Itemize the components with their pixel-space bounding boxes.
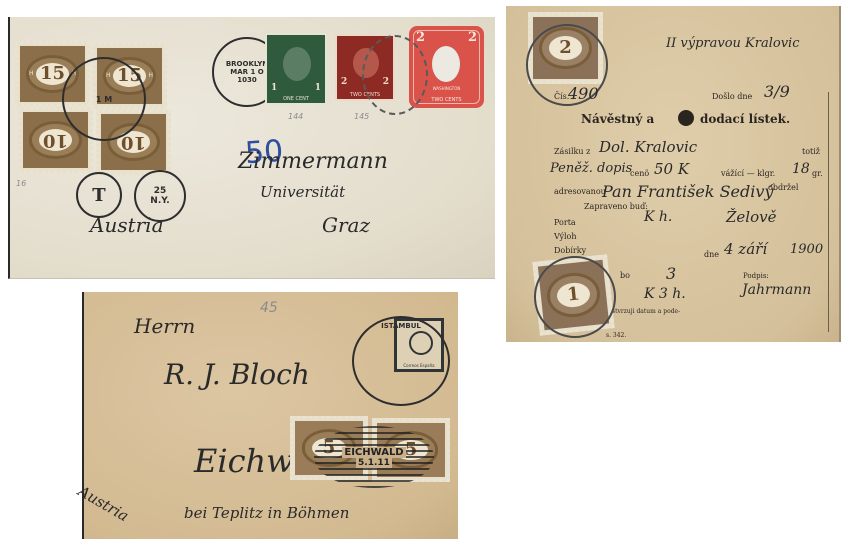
us-cover-envelope: 15 HH 15 HH 10 10 1 M BROOKLYN MAR 1 O 1…: [8, 17, 495, 279]
amount-one: 3: [666, 264, 676, 283]
addressee-name: R. J. Bloch: [164, 358, 310, 391]
from-value: Dol. Kralovic: [599, 138, 697, 156]
row-dobirky: Dobírky: [554, 246, 586, 255]
washington-cameo: [432, 46, 460, 82]
weight-value: 18: [792, 161, 810, 177]
addressee-value: Pan František Sedivý: [602, 182, 773, 201]
postmark-time: 1030: [237, 76, 256, 84]
form-title-left: Návěstný a: [581, 112, 654, 126]
stamp-denomination: 1: [315, 83, 321, 93]
address-city: Graz: [322, 213, 370, 237]
signature-label: Podpis:: [743, 272, 769, 280]
stamp-denomination: 1: [271, 83, 277, 93]
form-border-line: [828, 92, 829, 332]
received-label: Došlo dne: [712, 92, 752, 101]
value-amount: 50 K: [654, 160, 689, 178]
row-porta: Porta: [554, 218, 576, 227]
pencil-note: 145: [354, 112, 369, 121]
addressee-country: Austria: [75, 482, 132, 525]
delivery-receipt-form: 2 II výpravou Kralovic Čís. 490 Došlo dn…: [506, 6, 841, 342]
pencil-number: 45: [260, 300, 278, 316]
row-vyloh: Výloh: [554, 232, 577, 241]
pencil-note: 16: [16, 179, 26, 188]
item-type: Peněž. dopis: [550, 161, 632, 176]
weight-label: vážící — klgr.: [721, 169, 775, 178]
form-title-right: dodací lístek.: [700, 112, 790, 126]
porta-value: K h.: [644, 209, 672, 225]
stamp-value: 10: [121, 133, 146, 151]
portrait: [283, 47, 311, 81]
address-institution: Universität: [260, 183, 345, 201]
received-by-label: obdržel: [768, 183, 798, 192]
header-note: II výpravou Kralovic: [666, 36, 800, 51]
amount-two: K 3 h.: [644, 286, 686, 302]
received-value: 3/9: [764, 82, 790, 101]
postmark-date: MAR 1 O: [230, 68, 263, 76]
tax-postmark: T: [76, 172, 122, 218]
address-name: Zimmermann: [238, 149, 388, 174]
signature: Jahrmann: [742, 282, 811, 298]
stamp-denomination: 2: [341, 77, 347, 87]
year-value: 1900: [790, 242, 823, 257]
date-value: 4 září: [724, 240, 767, 258]
indicium-denomination: 2: [416, 30, 425, 45]
postmark-city: BROOKLYN: [226, 60, 268, 68]
paid-label: Zapraveno buď:: [584, 202, 648, 211]
value-label: cenö: [630, 169, 649, 178]
postmark-place: N.Y.: [150, 196, 169, 206]
pencil-note: 144: [288, 112, 303, 121]
date-label: dne: [704, 250, 719, 259]
address-country: Austria: [90, 213, 164, 237]
stamp-h-label: H: [148, 72, 153, 79]
franklin-one-cent-stamp: 1 1 ONE CENT: [265, 33, 327, 105]
stamp-h-label: H: [29, 70, 34, 77]
grams-label: gr.: [812, 169, 823, 178]
place-value: Želově: [726, 208, 776, 226]
from-label: Zásilku z: [554, 147, 590, 156]
indicium-denomination: 2: [468, 30, 477, 45]
istanbul-postmark: ISTAMBUL: [352, 316, 450, 406]
salutation: Herrn: [134, 314, 195, 338]
cancel-town: EICHWALD: [342, 447, 405, 458]
receipt-postmark: [534, 256, 616, 338]
addressee-label: adresovanou: [554, 187, 606, 196]
double-eagle-emblem-icon: [678, 110, 694, 126]
ebo-label: bo: [620, 271, 630, 280]
cancel-date: 5.1.11: [356, 458, 392, 468]
eichwald-barred-cancel: EICHWALD 5.1.11: [314, 426, 434, 488]
eichwald-cover-envelope: 45 Herrn R. J. Bloch Eichwald bei Teplit…: [82, 292, 458, 539]
stamp-value: 10: [43, 131, 68, 149]
number-value: 490: [568, 84, 599, 103]
form-instruction: stvrzuji datum a pode-: [612, 308, 680, 315]
form-number: s. 342.: [606, 332, 626, 339]
indicium-cancel: [362, 35, 428, 115]
postage-due-cancel: 1 M: [62, 57, 146, 141]
stamp-value: 15: [40, 65, 65, 83]
stamp-label: ONE CENT: [267, 96, 325, 102]
totiz-label: totiž: [802, 147, 820, 156]
postmark-value: 25: [154, 186, 167, 196]
addressee-district: bei Teplitz in Böhmen: [184, 504, 349, 522]
